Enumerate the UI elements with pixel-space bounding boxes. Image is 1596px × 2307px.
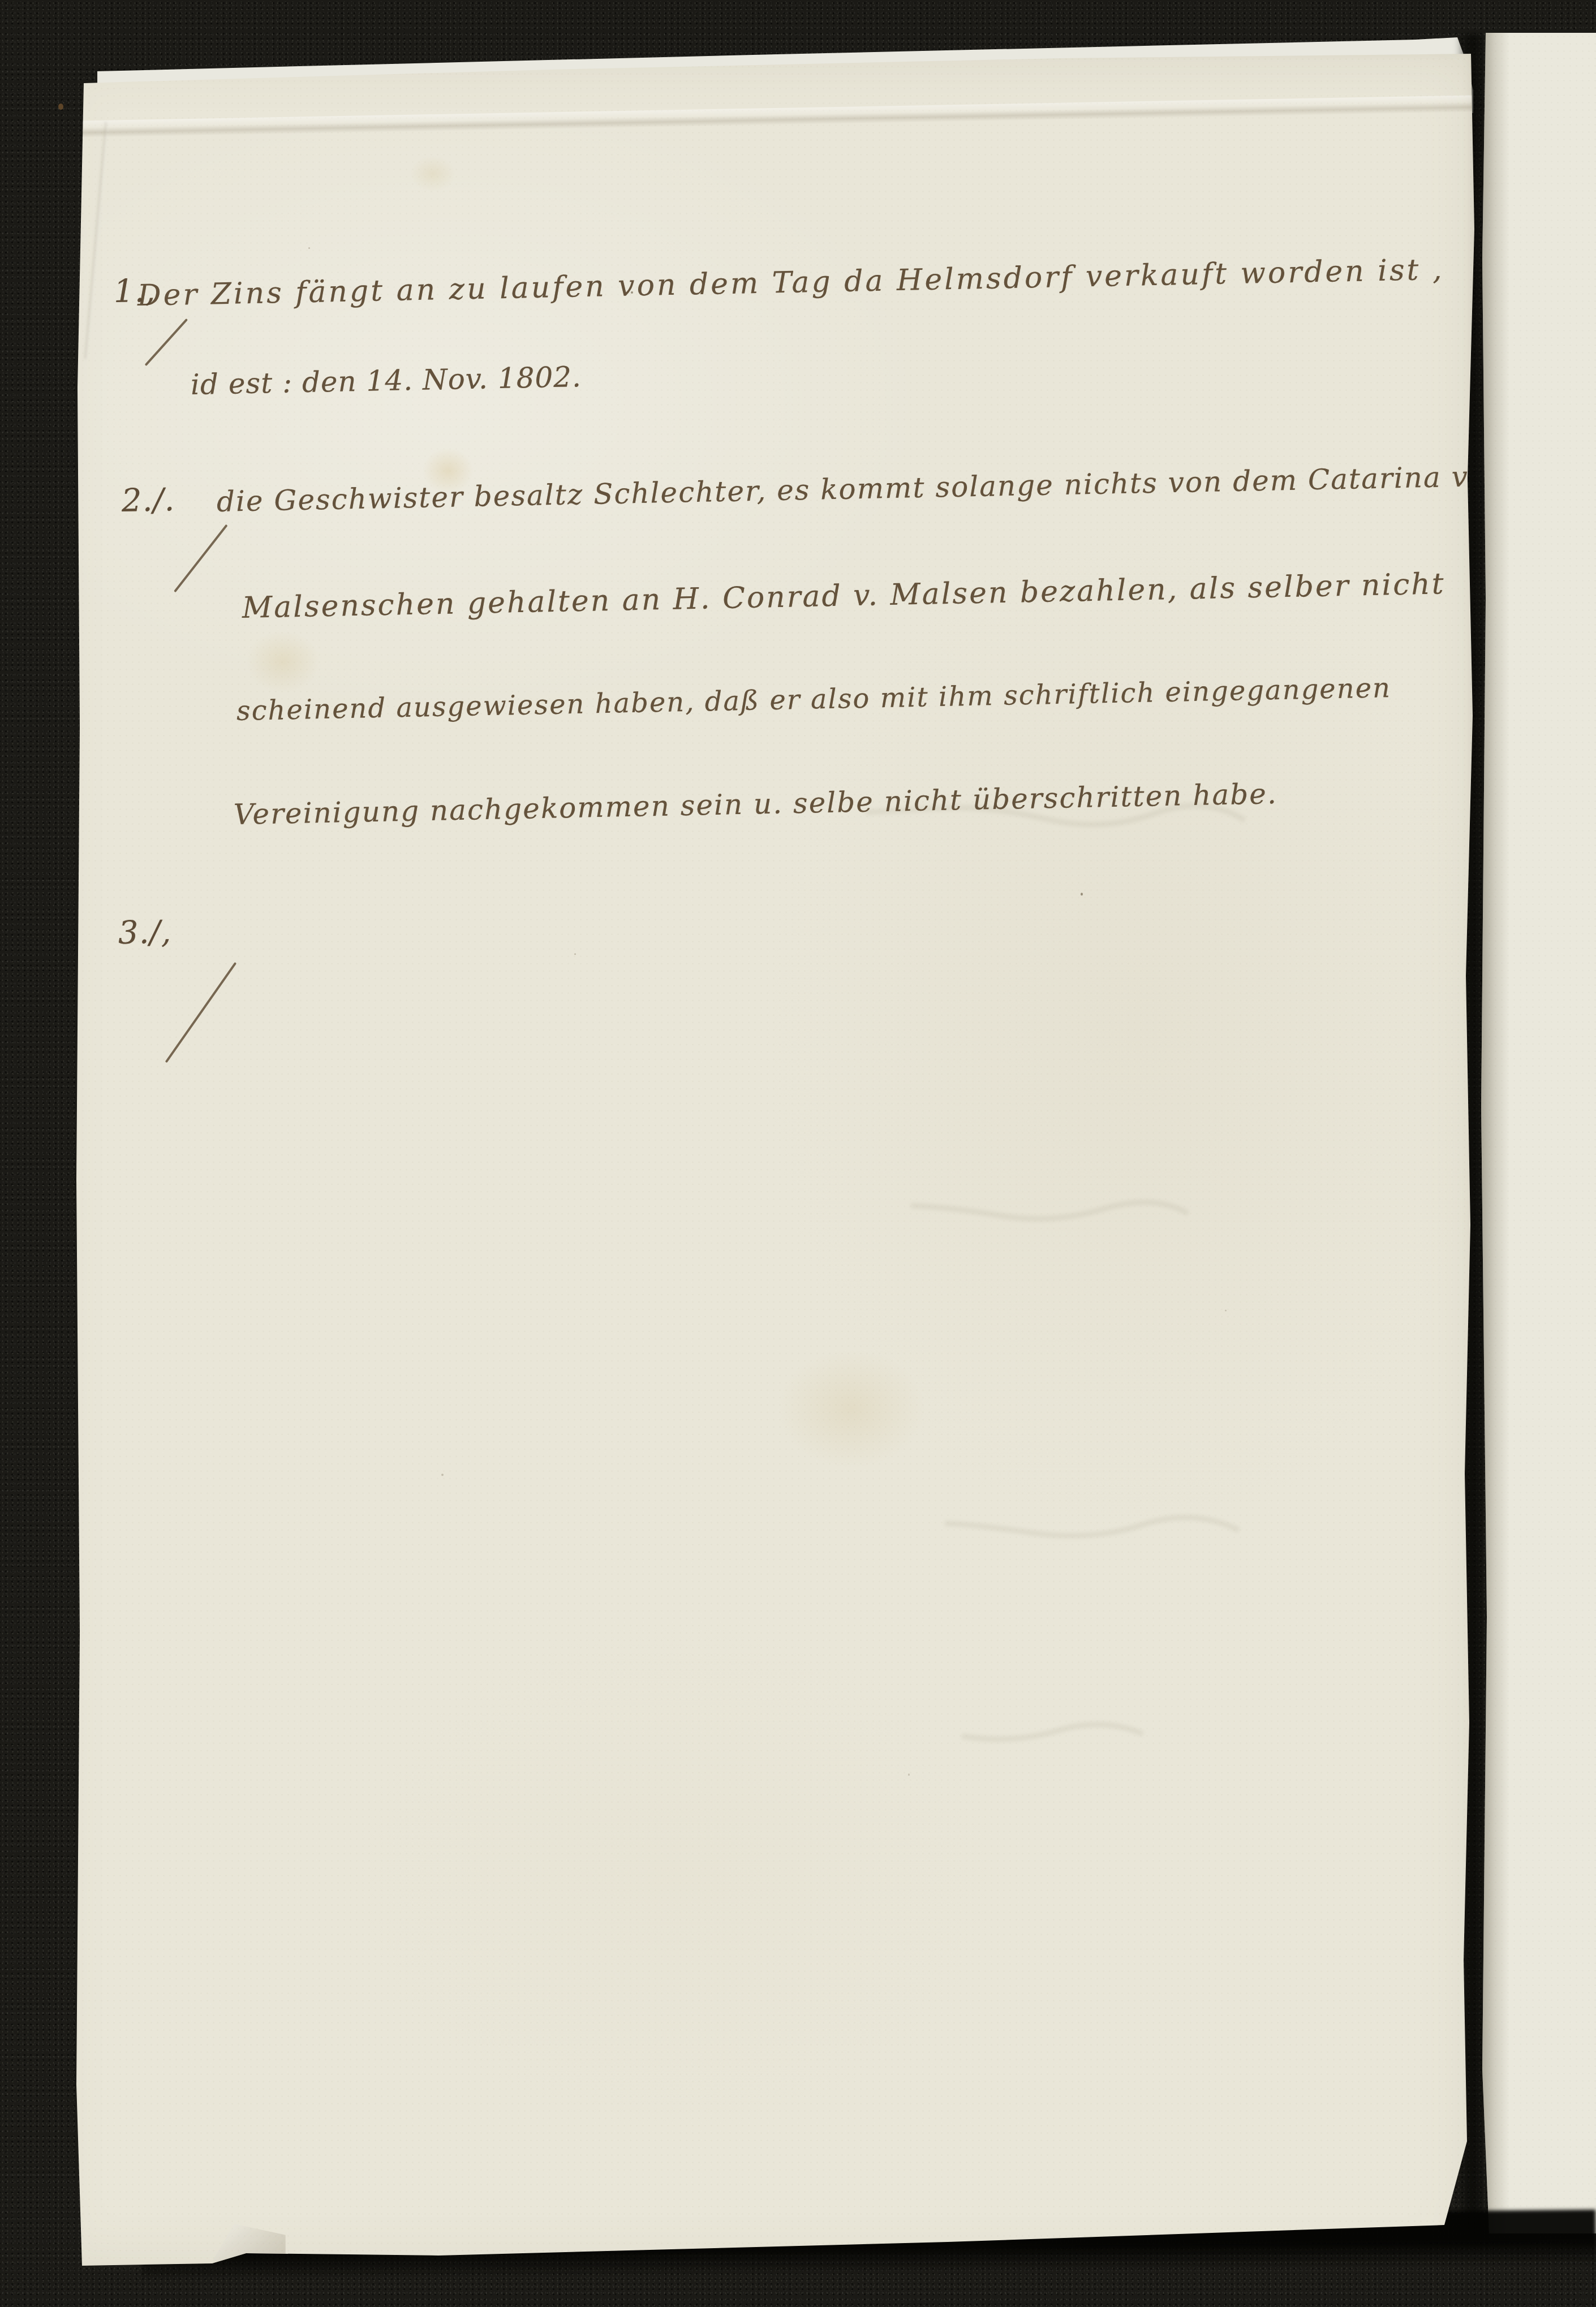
left-corner-crease xyxy=(84,122,109,359)
item-2-line-4: Vereinigung nachgekommen sein u. selbe n… xyxy=(233,777,1277,831)
item-2-marker: 2./. xyxy=(121,481,175,519)
item-3-marker-flourish xyxy=(165,962,237,1063)
paper-stain xyxy=(778,1349,925,1468)
top-fold-crease xyxy=(76,95,1474,137)
paper-stain xyxy=(410,156,455,192)
ink-speck xyxy=(1081,893,1083,896)
item-2-line-3: scheinend ausgewiesen haben, daß er also… xyxy=(236,672,1391,727)
ink-speck xyxy=(441,1474,444,1476)
ink-speck xyxy=(308,247,310,249)
item-2-marker-flourish xyxy=(174,524,228,593)
ink-speck xyxy=(908,1774,910,1776)
ink-speck xyxy=(574,953,576,955)
manuscript-page: 1., Der Zins fängt an zu laufen von dem … xyxy=(42,48,1482,2277)
manuscript-scan: 1., Der Zins fängt an zu laufen von dem … xyxy=(0,0,1596,2307)
item-3-marker: 3./, xyxy=(118,914,171,952)
paper-stain xyxy=(246,631,320,693)
item-2-line-1: die Geschwister besaltz Schlechter, es k… xyxy=(216,460,1475,518)
dust-speck xyxy=(58,104,63,110)
item-1-line-1: Der Zins fängt an zu laufen von dem Tag … xyxy=(137,253,1444,313)
item-1-marker-flourish xyxy=(145,318,188,366)
adjacent-page-edge xyxy=(1480,33,1596,2233)
item-1-line-2: id est : den 14. Nov. 1802. xyxy=(190,360,582,401)
item-2-line-2: Malsenschen gehalten an H. Conrad v. Mal… xyxy=(242,567,1446,625)
ink-speck xyxy=(1225,1310,1227,1311)
